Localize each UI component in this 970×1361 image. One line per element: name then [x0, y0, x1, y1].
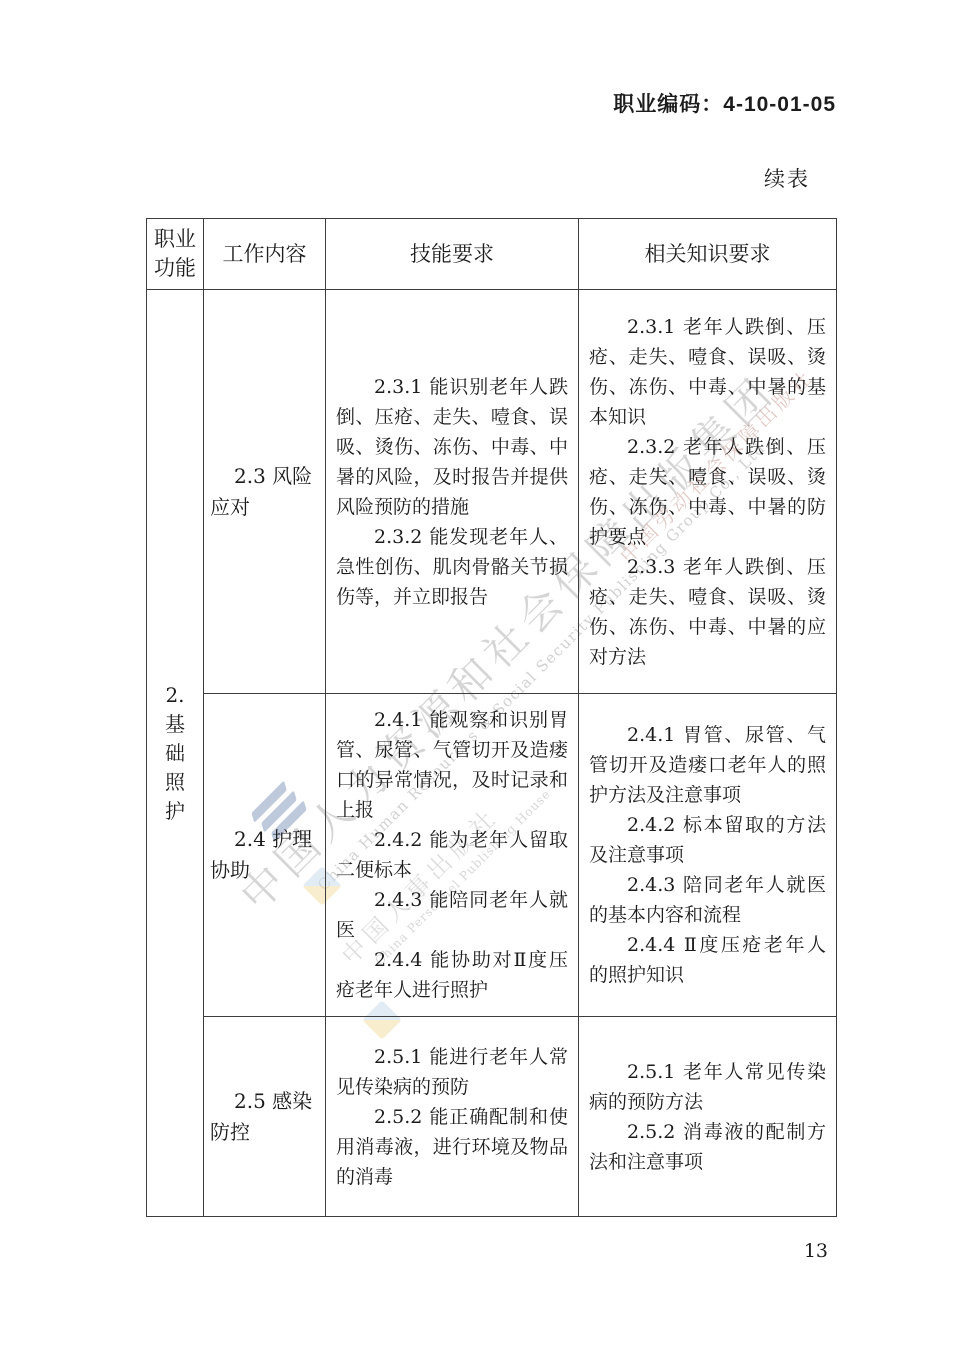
function-name: 基础照护	[165, 710, 185, 826]
skill-item: 2.4.1 能观察和识别胃管、尿管、气管切开及造瘘口的异常情况，及时记录和上报	[336, 705, 568, 825]
occupation-code: 职业编码：4-10-01-05	[613, 88, 836, 118]
table-row-1-knowledge: 2.3.1 老年人跌倒、压疮、走失、噎食、误吸、烫伤、冻伤、中毒、中暑的基本知识…	[579, 290, 837, 694]
page-number: 13	[804, 1240, 828, 1262]
column-header-work-content: 工作内容	[204, 219, 326, 290]
table-row-3-skills: 2.5.1 能进行老年人常见传染病的预防 2.5.2 能正确配制和使用消毒液，进…	[326, 1017, 579, 1217]
table-row-1-work-content: 2.3 风险应对	[204, 290, 326, 694]
column-header-knowledge-requirements: 相关知识要求	[579, 219, 837, 290]
table-row-1-skills: 2.3.1 能识别老年人跌倒、压疮、走失、噎食、误吸、烫伤、冻伤、中毒、中暑的风…	[326, 290, 579, 694]
table-row-2-skills: 2.4.1 能观察和识别胃管、尿管、气管切开及造瘘口的异常情况，及时记录和上报 …	[326, 694, 579, 1017]
knowledge-item: 2.3.3 老年人跌倒、压疮、走失、噎食、误吸、烫伤、冻伤、中毒、中暑的应对方法	[589, 552, 826, 672]
document-page: 中国人力资源和社会保障出版集团 China Human Resources & …	[0, 0, 970, 1361]
knowledge-item: 2.4.1 胃管、尿管、气管切开及造瘘口老年人的照护方法及注意事项	[589, 720, 826, 810]
skill-item: 2.5.1 能进行老年人常见传染病的预防	[336, 1042, 568, 1102]
function-number: 2.	[165, 681, 184, 710]
knowledge-item: 2.3.2 老年人跌倒、压疮、走失、噎食、误吸、烫伤、冻伤、中毒、中暑的防护要点	[589, 432, 826, 552]
knowledge-item: 2.4.2 标本留取的方法及注意事项	[589, 810, 826, 870]
table-row-2-work-content: 2.4 护理协助	[204, 694, 326, 1017]
occupational-function-cell: 2. 基础照护	[147, 290, 204, 1217]
work-content-label: 2.5 感染防控	[210, 1086, 319, 1148]
skill-item: 2.3.2 能发现老年人、急性创伤、肌肉骨骼关节损伤等，并立即报告	[336, 522, 568, 612]
knowledge-item: 2.5.1 老年人常见传染病的预防方法	[589, 1057, 826, 1117]
knowledge-item: 2.5.2 消毒液的配制方法和注意事项	[589, 1117, 826, 1177]
knowledge-item: 2.4.3 陪同老年人就医的基本内容和流程	[589, 870, 826, 930]
column-header-skill-requirements: 技能要求	[326, 219, 579, 290]
continued-table-label: 续表	[764, 163, 810, 193]
table-row-2-knowledge: 2.4.1 胃管、尿管、气管切开及造瘘口老年人的照护方法及注意事项 2.4.2 …	[579, 694, 837, 1017]
work-content-label: 2.3 风险应对	[210, 461, 319, 523]
skill-item: 2.4.2 能为老年人留取二便标本	[336, 825, 568, 885]
column-header-function: 职业功能	[147, 219, 204, 290]
skill-item: 2.4.3 能陪同老年人就医	[336, 885, 568, 945]
table-row-3-knowledge: 2.5.1 老年人常见传染病的预防方法 2.5.2 消毒液的配制方法和注意事项	[579, 1017, 837, 1217]
knowledge-item: 2.3.1 老年人跌倒、压疮、走失、噎食、误吸、烫伤、冻伤、中毒、中暑的基本知识	[589, 312, 826, 432]
skill-item: 2.3.1 能识别老年人跌倒、压疮、走失、噎食、误吸、烫伤、冻伤、中毒、中暑的风…	[336, 372, 568, 522]
skill-item: 2.4.4 能协助对Ⅱ度压疮老年人进行照护	[336, 945, 568, 1005]
skill-item: 2.5.2 能正确配制和使用消毒液，进行环境及物品的消毒	[336, 1102, 568, 1192]
occupational-standard-table: 职业功能 工作内容 技能要求 相关知识要求 2. 基础照护 2.3 风险应对 2…	[146, 218, 837, 1217]
work-content-label: 2.4 护理协助	[210, 824, 319, 886]
knowledge-item: 2.4.4 Ⅱ度压疮老年人的照护知识	[589, 930, 826, 990]
table-row-3-work-content: 2.5 感染防控	[204, 1017, 326, 1217]
